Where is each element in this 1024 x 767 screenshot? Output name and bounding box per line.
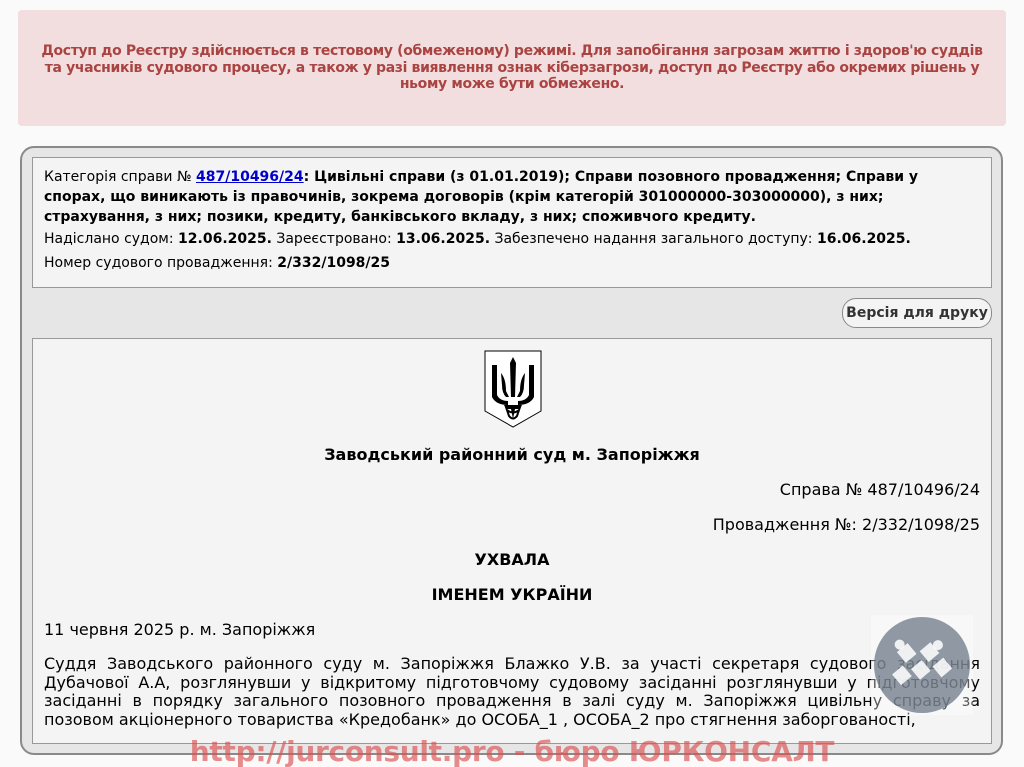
proceeding-label: Номер судового провадження: — [44, 255, 273, 271]
in-name-of-ukraine: ІМЕНЕМ УКРАЇНИ — [33, 585, 991, 604]
proceeding-number: 2/332/1098/25 — [277, 255, 390, 271]
sent-label: Надіслано судом: — [44, 231, 174, 247]
trident-emblem-icon — [482, 349, 544, 429]
case-number-link[interactable]: 487/10496/24 — [196, 169, 304, 185]
case-number-line: Справа № 487/10496/24 — [780, 480, 980, 499]
decision-paragraph: Суддя Заводського районного суду м. Запо… — [44, 655, 980, 729]
case-category: Категорія справи № 487/10496/24: Цивільн… — [44, 167, 980, 227]
print-version-label: Версія для друку — [846, 305, 988, 321]
proceeding-number-line: Провадження №: 2/332/1098/25 — [713, 515, 980, 534]
alert-text: Доступ до Реєстру здійснюється в тестово… — [34, 43, 990, 93]
date-place: 11 червня 2025 р. м. Запоріжжя — [44, 620, 315, 639]
decision-document: Заводський районний суд м. Запоріжжя Спр… — [32, 338, 992, 744]
registry-access-alert: Доступ до Реєстру здійснюється в тестово… — [18, 10, 1006, 126]
proceeding-number-row: Номер судового провадження: 2/332/1098/2… — [44, 253, 980, 273]
print-version-button[interactable]: Версія для друку — [842, 298, 992, 328]
site-watermark: http://jurconsult.pro - бюро ЮРКОНСАЛТ — [0, 736, 1024, 767]
puzzle-badge-icon[interactable] — [871, 615, 973, 715]
registered-label: Зареєстровано: — [276, 231, 391, 247]
sent-date: 12.06.2025. — [178, 231, 272, 247]
registered-date: 13.06.2025. — [396, 231, 490, 247]
document-type: УХВАЛА — [33, 550, 991, 569]
court-name: Заводський районний суд м. Запоріжжя — [33, 445, 991, 464]
access-label: Забезпечено надання загального доступу: — [494, 231, 812, 247]
category-label: Категорія справи № — [44, 169, 192, 185]
access-date: 16.06.2025. — [817, 231, 911, 247]
case-info-panel: Категорія справи № 487/10496/24: Цивільн… — [32, 157, 992, 288]
case-dates: Надіслано судом: 12.06.2025. Зареєстрова… — [44, 229, 980, 249]
